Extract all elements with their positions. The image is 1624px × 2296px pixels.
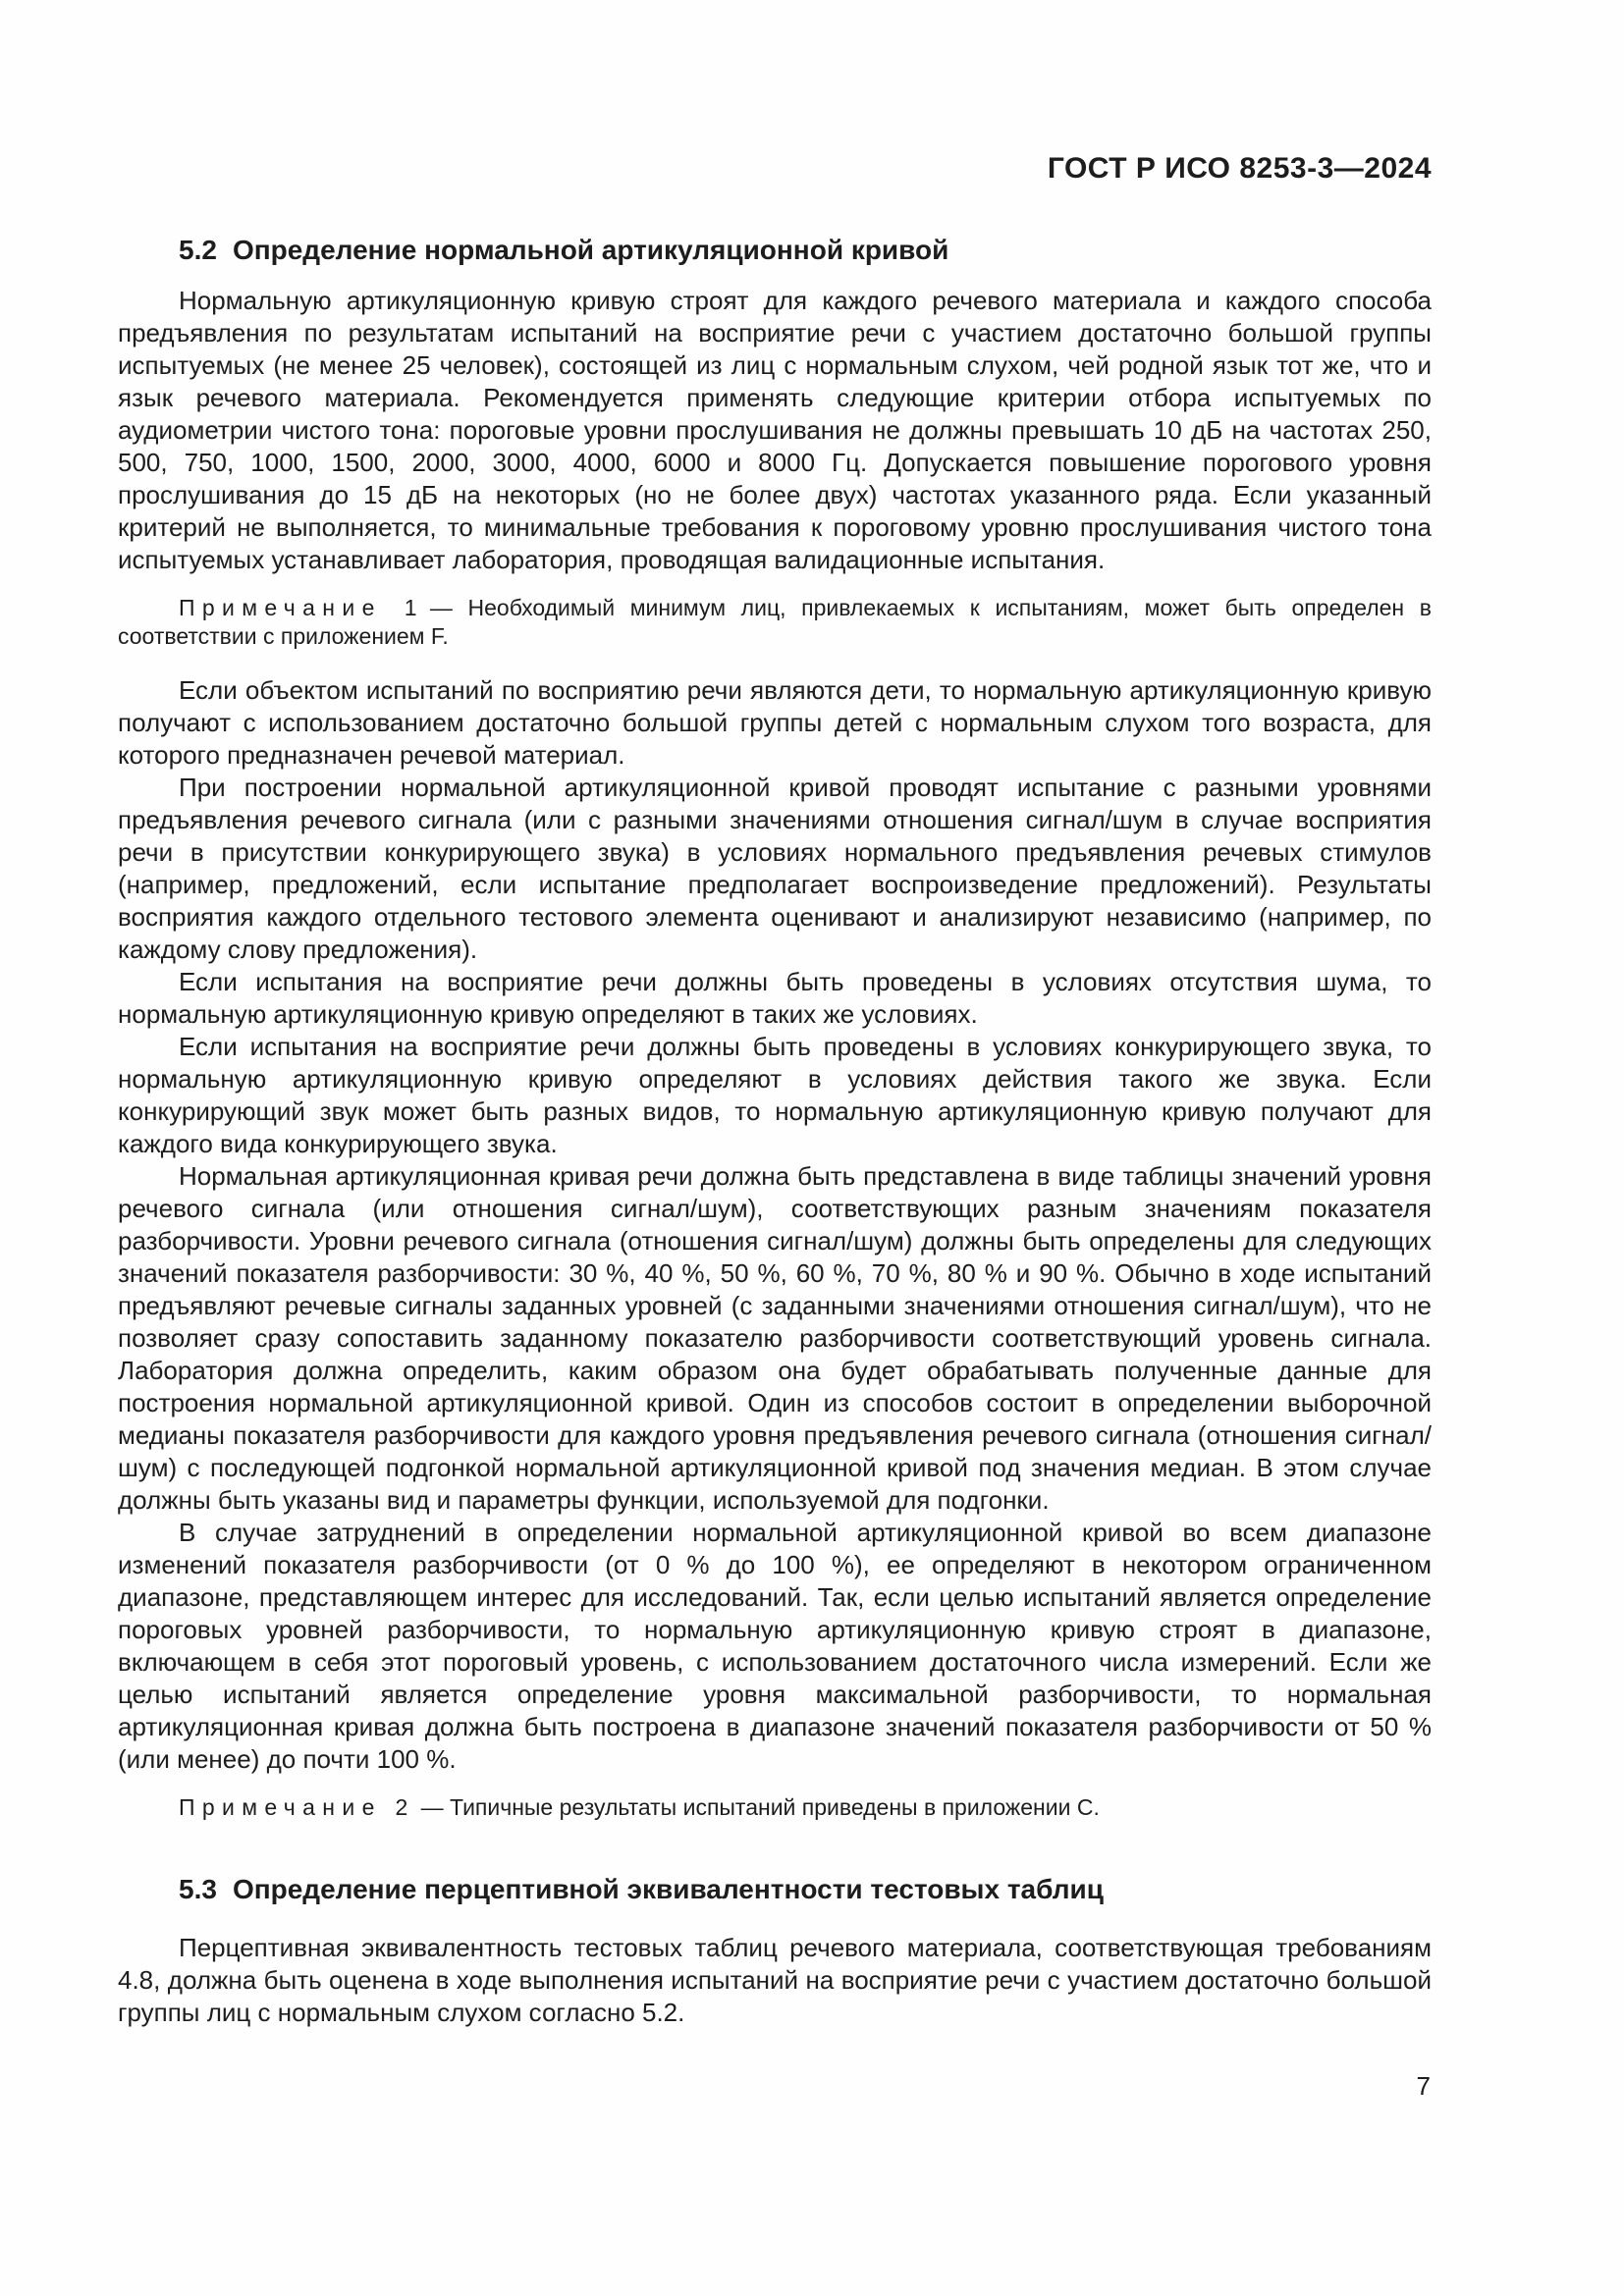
note-1: Примечание 1— Необходимый минимум лиц, п… <box>118 594 1432 651</box>
section-number: 5.2 <box>179 235 217 265</box>
section-heading-5-2: 5.2Определение нормальной артикуляционно… <box>118 234 1432 267</box>
section-heading-5-3: 5.3Определение перцептивной эквивалентно… <box>118 1873 1432 1906</box>
paragraph-8: Перцептивная эквивалентность тестовых та… <box>118 1932 1432 2029</box>
note-2-text: — Типичные результаты испытаний приведен… <box>421 1794 1100 1820</box>
paragraph-3: При построении нормальной артикуляционно… <box>118 772 1432 966</box>
section-number: 5.3 <box>179 1874 217 1904</box>
note-2: Примечание 2— Типичные результаты испыта… <box>118 1793 1432 1822</box>
paragraph-7: В случае затруднений в определении норма… <box>118 1517 1432 1776</box>
paragraph-5: Если испытания на восприятие речи должны… <box>118 1031 1432 1160</box>
paragraph-1: Нормальную артикуляционную кривую строят… <box>118 285 1432 576</box>
note-2-label: Примечание 2 <box>179 1794 415 1820</box>
running-header: ГОСТ Р ИСО 8253-3—2024 <box>1048 152 1432 186</box>
paragraph-2: Если объектом испытаний по восприятию ре… <box>118 674 1432 772</box>
document-page: { "page": { "header": "ГОСТ Р ИСО 8253-3… <box>0 0 1624 2296</box>
section-title: Определение перцептивной эквивалентности… <box>233 1874 1104 1904</box>
page-number: 7 <box>1417 2071 1431 2102</box>
page: ГОСТ Р ИСО 8253-3—2024 5.2Определение но… <box>0 0 1624 2296</box>
paragraph-6: Нормальная артикуляционная кривая речи д… <box>118 1160 1432 1517</box>
paragraph-4: Если испытания на восприятие речи должны… <box>118 966 1432 1031</box>
section-title: Определение нормальной артикуляционной к… <box>233 235 948 265</box>
note-1-label: Примечание 1 <box>179 595 424 620</box>
page-content: 5.2Определение нормальной артикуляционно… <box>118 234 1432 2029</box>
